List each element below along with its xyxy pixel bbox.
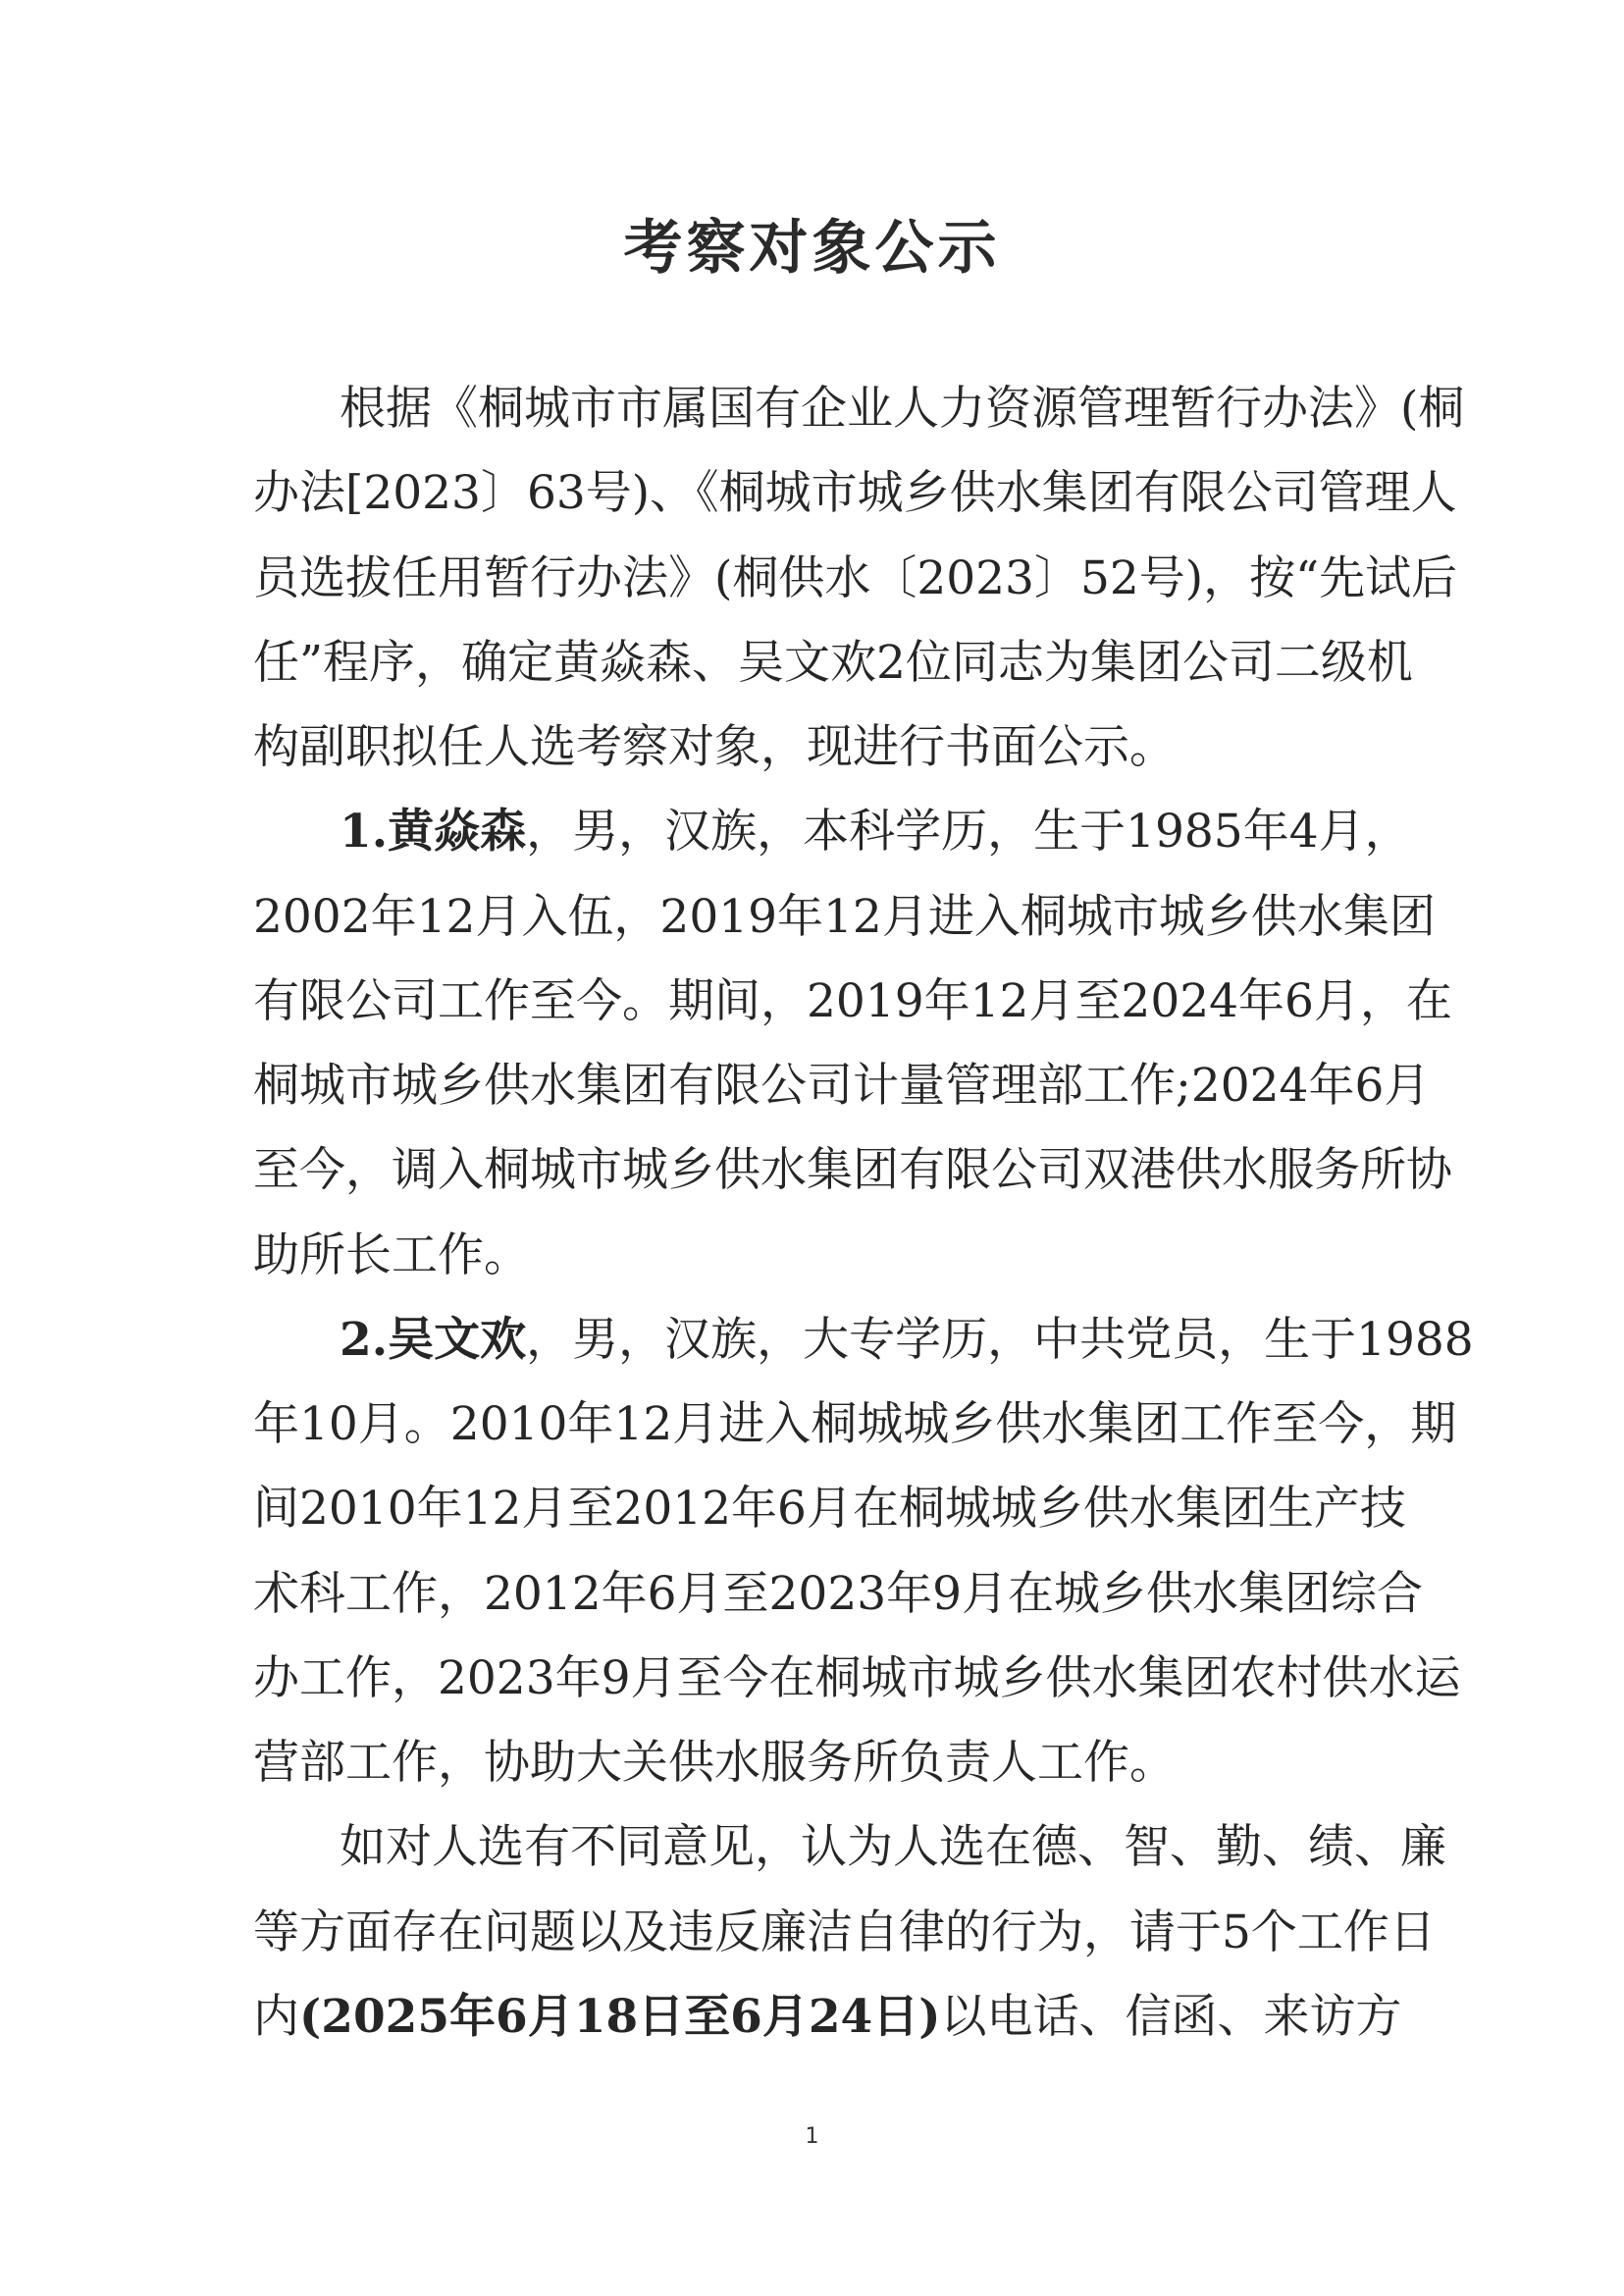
document-page: 考察对象公示 根据《桐城市市属国有企业人力资源管理暂行办法》(桐 办法[2023… — [0, 0, 1624, 2296]
candidate-1-number: 1. — [340, 805, 388, 859]
intro-line-2: 办法[2023〕63号)、《桐城市城乡供水集团有限公司管理人 — [253, 464, 1374, 523]
candidate-1-name: 黄焱森 — [388, 805, 526, 859]
intro-line-4: 任”程序，确定黄焱森、吴文欢2位同志为集团公司二级机 — [253, 634, 1374, 693]
candidate-1-line-1: 1.黄焱森，男，汉族，本科学历，生于1985年4月， — [340, 803, 1374, 861]
candidate-1-line-5: 至今，调入桐城市城乡供水集团有限公司双港供水服务所协 — [253, 1141, 1374, 1200]
candidate-2-line-4: 术科工作，2012年6月至2023年9月在城乡供水集团综合 — [253, 1565, 1374, 1624]
candidate-1-text: ，男，汉族，本科学历，生于1985年4月， — [526, 805, 1411, 859]
objection-period: (2025年6月18日至6月24日) — [299, 1990, 941, 2044]
candidate-2-line-5: 办工作，2023年9月至今在桐城市城乡供水集团农村供水运 — [253, 1649, 1374, 1708]
candidate-2-line-6: 营部工作，协助大关供水服务所负责人工作。 — [253, 1734, 1374, 1793]
candidate-1-line-3: 有限公司工作至今。期间，2019年12月至2024年6月，在 — [253, 972, 1374, 1031]
intro-line-1: 根据《桐城市市属国有企业人力资源管理暂行办法》(桐 — [340, 380, 1374, 439]
document-title: 考察对象公示 — [0, 211, 1624, 286]
closing-line-3-prefix: 内 — [253, 1990, 299, 2044]
candidate-2-line-2: 年10月。2010年12月进入桐城城乡供水集团工作至今，期 — [253, 1395, 1374, 1454]
closing-line-1: 如对人选有不同意见，认为人选在德、智、勤、绩、廉 — [340, 1818, 1374, 1877]
candidate-2-line-3: 间2010年12月至2012年6月在桐城城乡供水集团生产技 — [253, 1480, 1374, 1539]
candidate-2-number: 2. — [340, 1313, 388, 1367]
intro-line-3: 员选拔任用暂行办法》(桐供水〔2023〕52号)，按“先试后 — [253, 549, 1374, 608]
closing-line-2: 等方面存在问题以及违反廉洁自律的行为，请于5个工作日 — [253, 1904, 1374, 1962]
candidate-1-line-6: 助所长工作。 — [253, 1226, 1374, 1285]
candidate-1-line-4: 桐城市城乡供水集团有限公司计量管理部工作;2024年6月 — [253, 1057, 1374, 1116]
closing-line-3: 内(2025年6月18日至6月24日)以电话、信函、来访方 — [253, 1988, 1374, 2047]
candidate-2-text: ，男，汉族，大专学历，中共党员，生于1988 — [526, 1313, 1474, 1367]
candidate-2-name: 吴文欢 — [388, 1313, 526, 1367]
candidate-2-line-1: 2.吴文欢，男，汉族，大专学历，中共党员，生于1988 — [340, 1311, 1374, 1370]
intro-line-5: 构副职拟任人选考察对象，现进行书面公示。 — [253, 718, 1374, 777]
candidate-1-line-2: 2002年12月入伍，2019年12月进入桐城市城乡供水集团 — [253, 888, 1374, 947]
closing-line-3-suffix: 以电话、信函、来访方 — [941, 1990, 1402, 2044]
page-number: 1 — [0, 2124, 1624, 2149]
